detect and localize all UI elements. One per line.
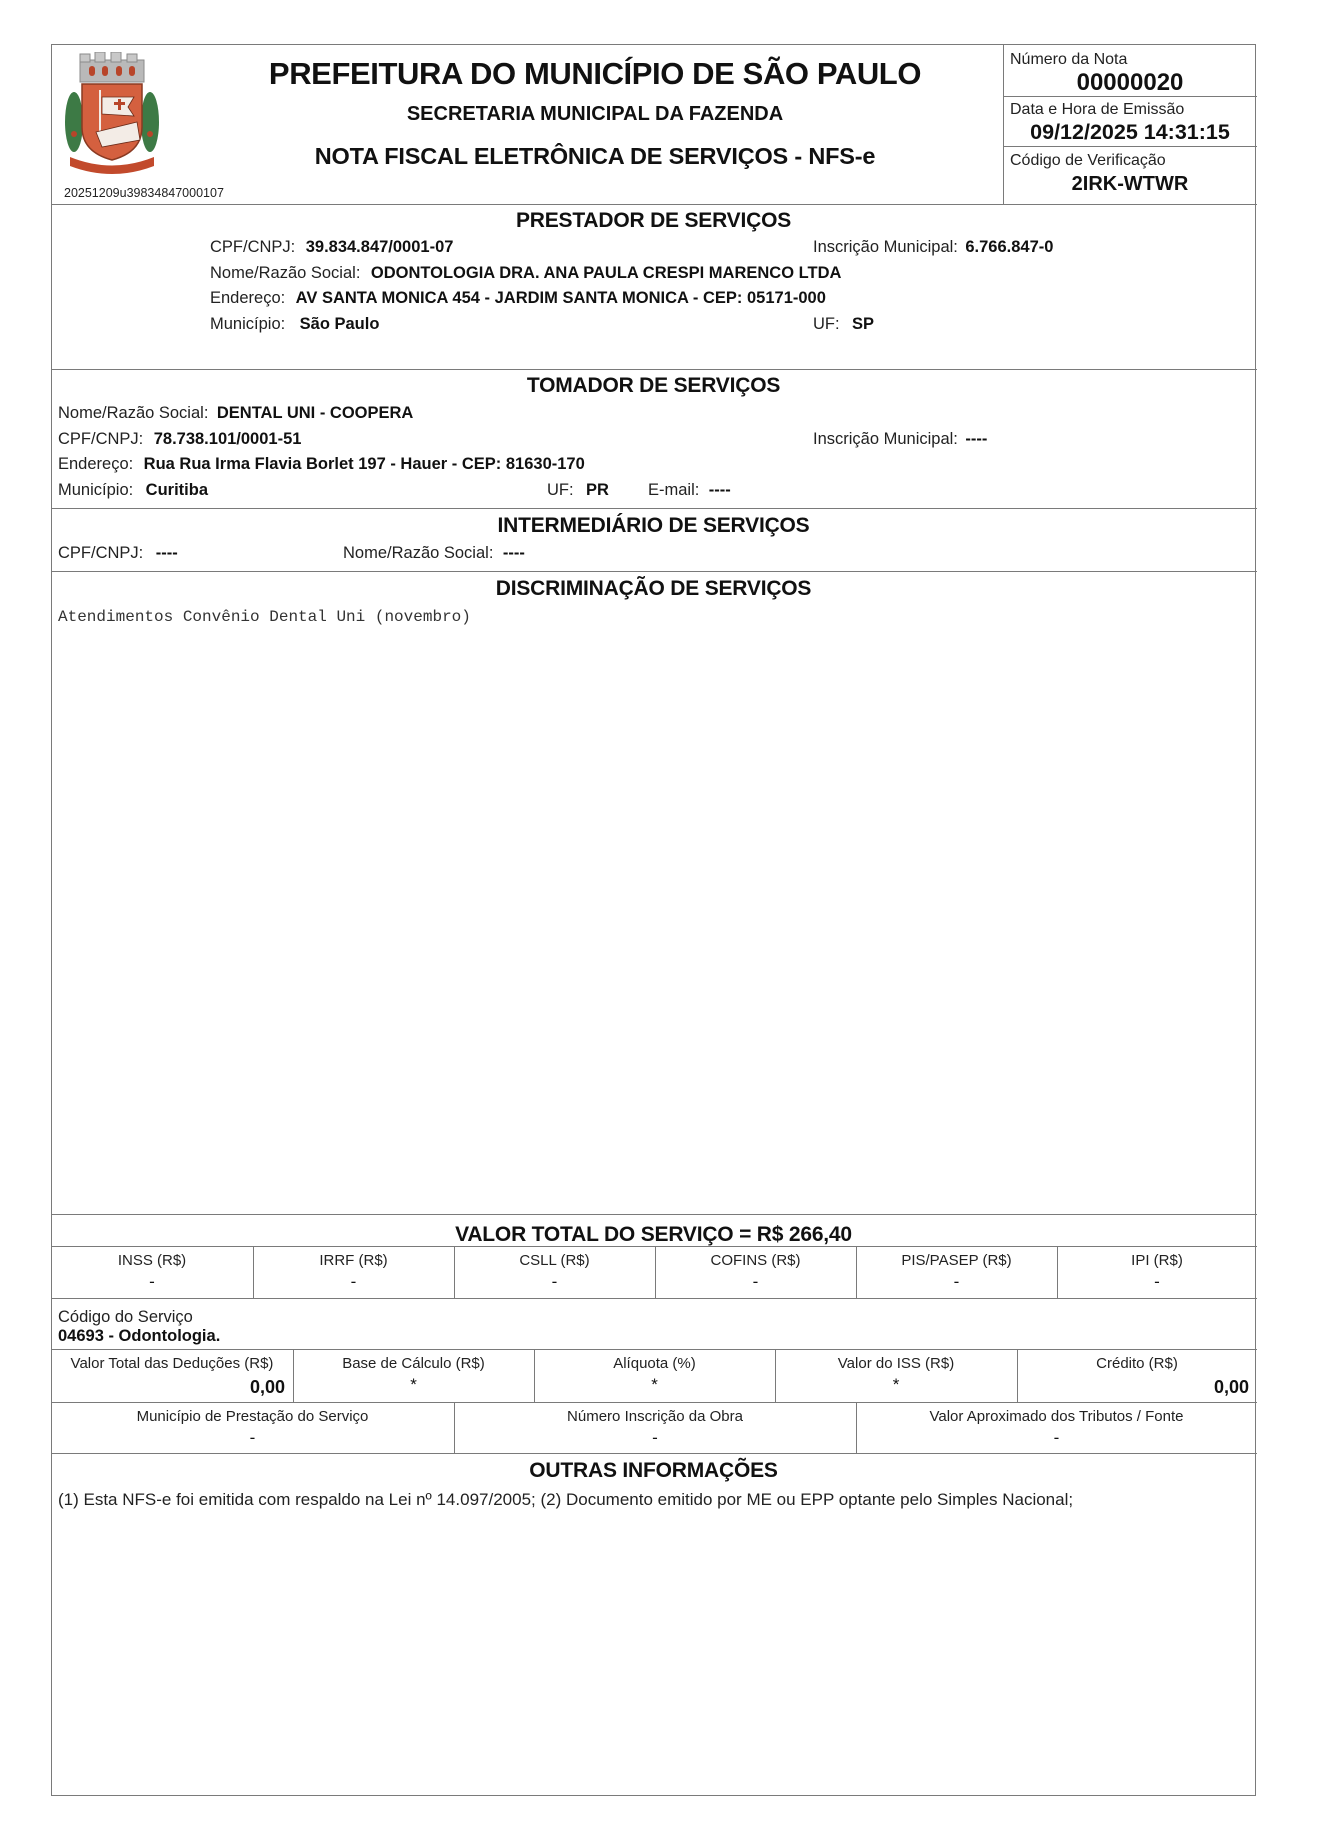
prestador-municipio-row: Município: São Paulo [210, 316, 379, 333]
deducao-value: 0,00 [1017, 1378, 1249, 1396]
verificacao-label: Código de Verificação [1010, 153, 1166, 169]
prestador-uf-row: UF: SP [813, 316, 874, 333]
tomador-email: ---- [709, 481, 731, 499]
prestador-section-title: PRESTADOR DE SERVIÇOS [51, 210, 1256, 231]
tomador-section-title: TOMADOR DE SERVIÇOS [51, 375, 1256, 396]
header-box-line [1003, 96, 1257, 97]
extra-value: - [454, 1429, 856, 1446]
coat-of-arms-icon [62, 52, 162, 177]
valor-total-servico: VALOR TOTAL DO SERVIÇO = R$ 266,40 [51, 1224, 1256, 1245]
section-divider [51, 204, 1257, 205]
intermediario-cnpj: ---- [156, 544, 178, 562]
tax-label: PIS/PASEP (R$) [856, 1253, 1057, 1268]
section-divider [51, 1402, 1257, 1403]
intermediario-section-title: INTERMEDIÁRIO DE SERVIÇOS [51, 515, 1256, 536]
tomador-cnpj-label: CPF/CNPJ: [58, 430, 143, 448]
discriminacao-text: Atendimentos Convênio Dental Uni (novemb… [58, 609, 471, 625]
tax-label: INSS (R$) [51, 1253, 253, 1268]
tax-label: COFINS (R$) [655, 1253, 856, 1268]
prestador-nome-row: Nome/Razão Social: ODONTOLOGIA DRA. ANA … [210, 265, 841, 282]
emissao-value: 09/12/2025 14:31:15 [1003, 122, 1257, 144]
verificacao-value: 2IRK-WTWR [1003, 174, 1257, 194]
deducao-label: Alíquota (%) [534, 1356, 775, 1371]
section-divider [51, 571, 1257, 572]
tomador-endereco-row: Endereço: Rua Rua Irma Flavia Borlet 197… [58, 456, 585, 473]
tax-label: IPI (R$) [1057, 1253, 1257, 1268]
intermediario-nome-label: Nome/Razão Social: [343, 544, 493, 562]
section-divider [51, 1298, 1257, 1299]
tomador-cnpj: 78.738.101/0001-51 [154, 430, 302, 448]
tomador-uf-label: UF: [547, 481, 574, 499]
extra-label: Município de Prestação do Serviço [51, 1409, 454, 1424]
prestador-im-row: Inscrição Municipal: 6.766.847-0 [813, 239, 1053, 256]
tomador-endereco: Rua Rua Irma Flavia Borlet 197 - Hauer -… [144, 455, 585, 473]
document-id: 20251209u39834847000107 [64, 187, 224, 200]
outras-informacoes-title: OUTRAS INFORMAÇÕES [51, 1460, 1256, 1481]
section-divider [51, 508, 1257, 509]
tomador-municipio-label: Município: [58, 481, 133, 499]
intermediario-cnpj-row: CPF/CNPJ: ---- [58, 545, 178, 562]
codigo-servico-label: Código do Serviço [58, 1309, 193, 1326]
tomador-uf-row: UF: PR [547, 482, 609, 499]
outras-informacoes-text: (1) Esta NFS-e foi emitida com respaldo … [58, 1491, 1073, 1508]
discriminacao-section-title: DISCRIMINAÇÃO DE SERVIÇOS [51, 578, 1256, 599]
codigo-servico-value: 04693 - Odontologia. [58, 1328, 220, 1345]
extra-value: - [856, 1429, 1257, 1446]
section-divider [51, 1214, 1257, 1215]
tomador-im: ---- [965, 430, 987, 448]
tax-value: - [1057, 1273, 1257, 1290]
tomador-im-row: Inscrição Municipal: ---- [813, 431, 987, 448]
deducao-value: * [775, 1376, 1017, 1393]
deducao-label: Valor Total das Deduções (R$) [51, 1356, 293, 1371]
tax-value: - [51, 1273, 253, 1290]
tax-value: - [856, 1273, 1057, 1290]
numero-label: Número da Nota [1010, 52, 1127, 68]
numero-value: 00000020 [1003, 71, 1257, 95]
deducao-label: Crédito (R$) [1017, 1356, 1257, 1371]
header-box-line [1003, 146, 1257, 147]
prestador-endereco: AV SANTA MONICA 454 - JARDIM SANTA MONIC… [296, 289, 826, 307]
tomador-municipio-row: Município: Curitiba [58, 482, 208, 499]
tomador-uf: PR [586, 481, 609, 499]
deducao-label: Valor do ISS (R$) [775, 1356, 1017, 1371]
intermediario-cnpj-label: CPF/CNPJ: [58, 544, 143, 562]
section-divider [51, 1453, 1257, 1454]
tomador-endereco-label: Endereço: [58, 455, 133, 473]
tax-label: IRRF (R$) [253, 1253, 454, 1268]
deducao-label: Base de Cálculo (R$) [293, 1356, 534, 1371]
intermediario-nome: ---- [503, 544, 525, 562]
tax-value: - [454, 1273, 655, 1290]
tomador-nome-row: Nome/Razão Social: DENTAL UNI - COOPERA [58, 405, 413, 422]
extra-label: Valor Aproximado dos Tributos / Fonte [856, 1409, 1257, 1424]
section-divider [51, 369, 1257, 370]
tomador-email-row: E-mail: ---- [648, 482, 731, 499]
tomador-email-label: E-mail: [648, 481, 699, 499]
emissao-label: Data e Hora de Emissão [1010, 102, 1184, 118]
section-divider [51, 1349, 1257, 1350]
issuer-subtitle: SECRETARIA MUNICIPAL DA FAZENDA [200, 104, 990, 124]
tax-value: - [253, 1273, 454, 1290]
tax-label: CSLL (R$) [454, 1253, 655, 1268]
prestador-im-label: Inscrição Municipal: [813, 238, 958, 256]
prestador-nome-label: Nome/Razão Social: [210, 264, 360, 282]
deducao-value: * [534, 1376, 775, 1393]
tomador-nome: DENTAL UNI - COOPERA [217, 404, 413, 422]
prestador-uf: SP [852, 315, 874, 333]
prestador-uf-label: UF: [813, 315, 840, 333]
deducao-value: 0,00 [51, 1378, 285, 1396]
prestador-cnpj-row: CPF/CNPJ: 39.834.847/0001-07 [210, 239, 453, 256]
intermediario-nome-row: Nome/Razão Social: ---- [343, 545, 525, 562]
tomador-municipio: Curitiba [146, 481, 208, 499]
prestador-im: 6.766.847-0 [965, 238, 1053, 256]
prestador-municipio-label: Município: [210, 315, 285, 333]
prestador-cnpj: 39.834.847/0001-07 [306, 238, 454, 256]
prestador-cnpj-label: CPF/CNPJ: [210, 238, 295, 256]
prestador-endereco-row: Endereço: AV SANTA MONICA 454 - JARDIM S… [210, 290, 826, 307]
document-type: NOTA FISCAL ELETRÔNICA DE SERVIÇOS - NFS… [200, 145, 990, 169]
prestador-nome: ODONTOLOGIA DRA. ANA PAULA CRESPI MARENC… [371, 264, 842, 282]
tomador-cnpj-row: CPF/CNPJ: 78.738.101/0001-51 [58, 431, 301, 448]
section-divider [51, 1246, 1257, 1247]
prestador-municipio: São Paulo [300, 315, 380, 333]
issuer-title: PREFEITURA DO MUNICÍPIO DE SÃO PAULO [200, 58, 990, 89]
tax-value: - [655, 1273, 856, 1290]
tomador-im-label: Inscrição Municipal: [813, 430, 958, 448]
extra-label: Número Inscrição da Obra [454, 1409, 856, 1424]
prestador-endereco-label: Endereço: [210, 289, 285, 307]
tomador-nome-label: Nome/Razão Social: [58, 404, 208, 422]
deducao-value: * [293, 1376, 534, 1393]
extra-value: - [51, 1429, 454, 1446]
